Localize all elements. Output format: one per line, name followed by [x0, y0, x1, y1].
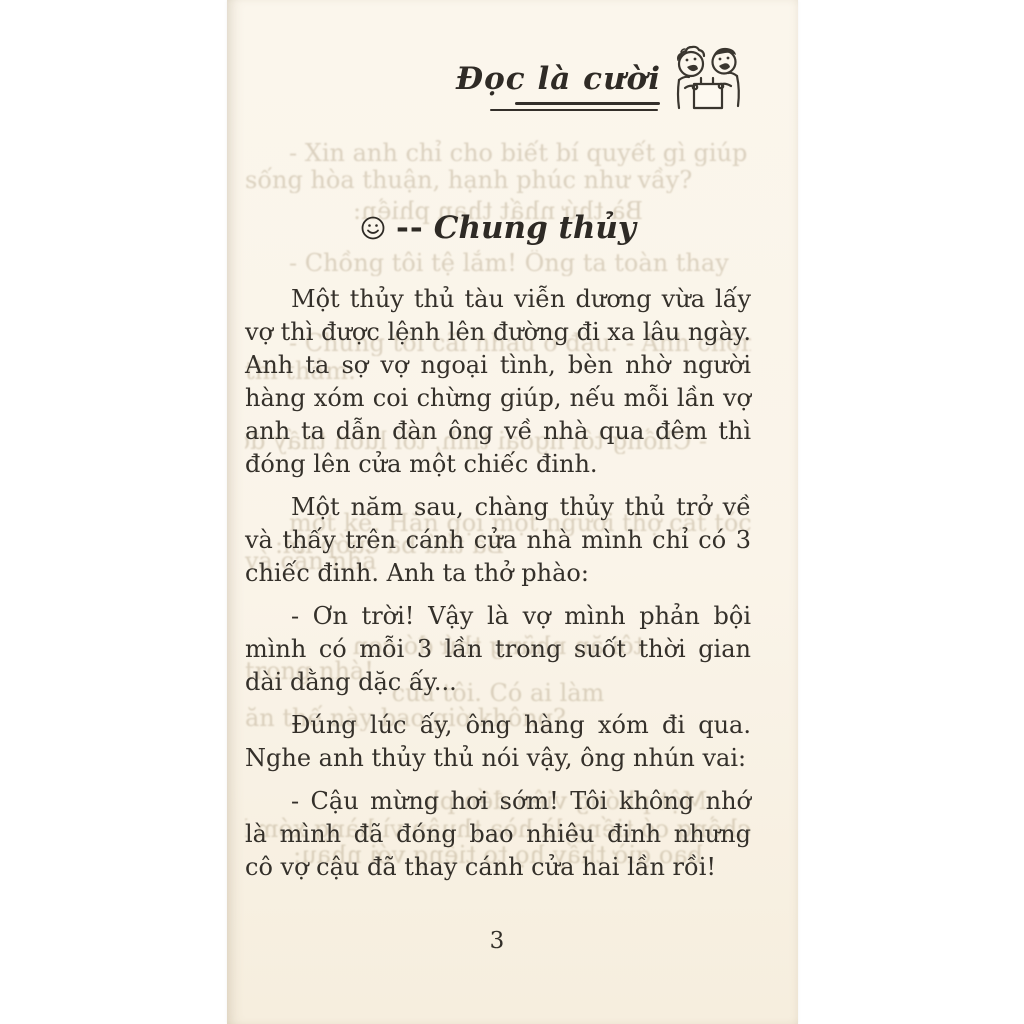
title-text: Chung thủy: [434, 210, 636, 246]
title-dashes: --: [396, 210, 424, 246]
brand-underline: [490, 109, 658, 111]
story-paragraph: - Ơn trời! Vậy là vợ mình phản bội mình …: [245, 600, 751, 699]
brand-script-title: Đọc là cười: [456, 62, 661, 96]
story-paragraph: Đúng lúc ấy, ông hàng xóm đi qua. Nghe a…: [245, 709, 751, 775]
story-paragraph: Một năm sau, chàng thủy thủ trở về và th…: [245, 491, 751, 590]
story-paragraph: - Cậu mừng hơi sớm! Tôi không nhớ là mìn…: [245, 785, 751, 884]
laughing-readers-icon: [667, 42, 749, 114]
page-number: 3: [227, 928, 767, 954]
story-paragraph: Một thủy thủ tàu viễn dương vừa lấy vợ t…: [245, 283, 751, 481]
story-title: --Chung thủy: [245, 210, 751, 246]
ghost-line: - Chồng tôi tệ lắm! Ông ta toàn thay: [245, 250, 751, 276]
ghost-line: sống hòa thuận, hạnh phúc như vầy?: [245, 167, 751, 193]
book-page: - Xin anh chỉ cho biết bí quyết gì giúp …: [227, 0, 798, 1024]
story-body: Một thủy thủ tàu viễn dương vừa lấy vợ t…: [245, 283, 751, 894]
ghost-line: - Xin anh chỉ cho biết bí quyết gì giúp …: [245, 140, 751, 166]
smiley-icon: [360, 215, 386, 241]
brand-underline: [515, 102, 660, 105]
